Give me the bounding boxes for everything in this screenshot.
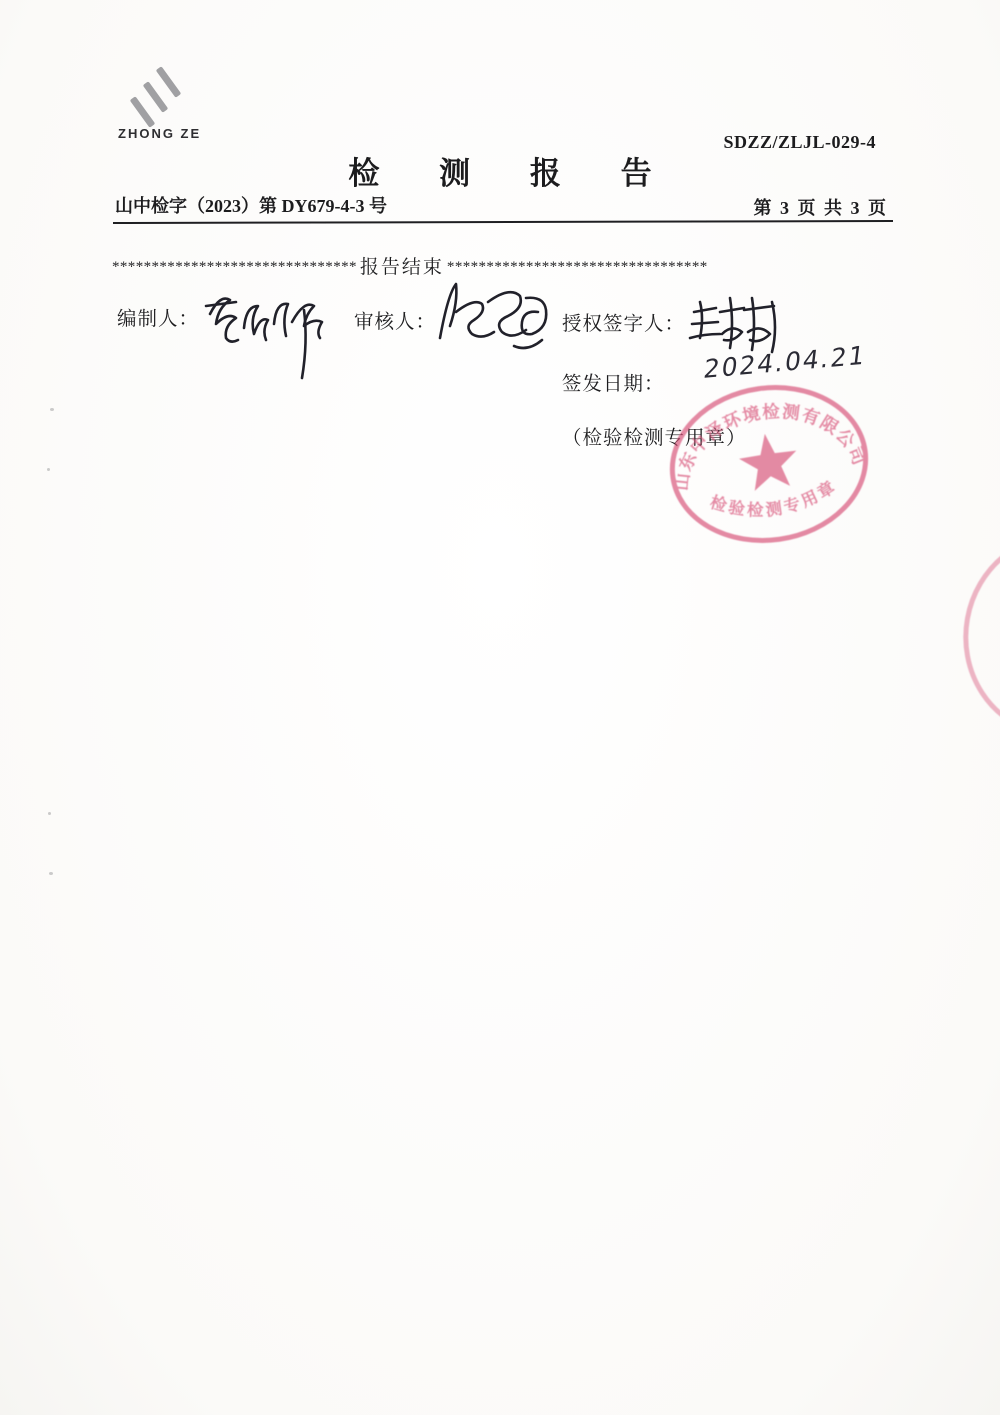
preparer-label: 编制人： [117,303,199,331]
scan-speck [49,872,53,875]
stars-left: ******************************* [112,259,357,275]
issue-date-label: 签发日期： [562,368,665,396]
header-divider [113,220,893,224]
document-number: 山中检字（2023）第 DY679-4-3 号 [115,192,387,218]
inspection-seal-stamp: 山东中泽环境检测有限公司 检验检测专用章 [664,380,879,548]
seal-bottom-text: 检验检测专用章 [705,474,843,528]
reviewer-signature-scribble-icon [422,272,557,364]
partial-edge-seal-stamp: 山东中泽环境检测有限公司 检验检测专用章 [915,510,1000,770]
scan-speck [50,408,54,411]
svg-text:检验检测专用章: 检验检测专用章 [990,560,1000,695]
edge-seal-bottom-text: 检验检测专用章 [990,560,1000,695]
page-number-info: 第 3 页 共 3 页 [754,194,889,220]
brand-name: ZHONG ZE [118,126,201,141]
svg-text:检验检测专用章: 检验检测专用章 [705,474,843,528]
zhongze-logo-icon [120,60,194,130]
authorizer-label: 授权签字人： [562,308,685,336]
scan-speck [48,812,51,815]
page-title: 检 测 报 告 [0,148,1000,193]
report-page: ZHONG ZE SDZZ/ZLJL-029-4 检 测 报 告 山中检字（20… [0,0,1000,1415]
preparer-signature-scribble-icon [196,280,341,385]
scan-speck [47,468,50,471]
